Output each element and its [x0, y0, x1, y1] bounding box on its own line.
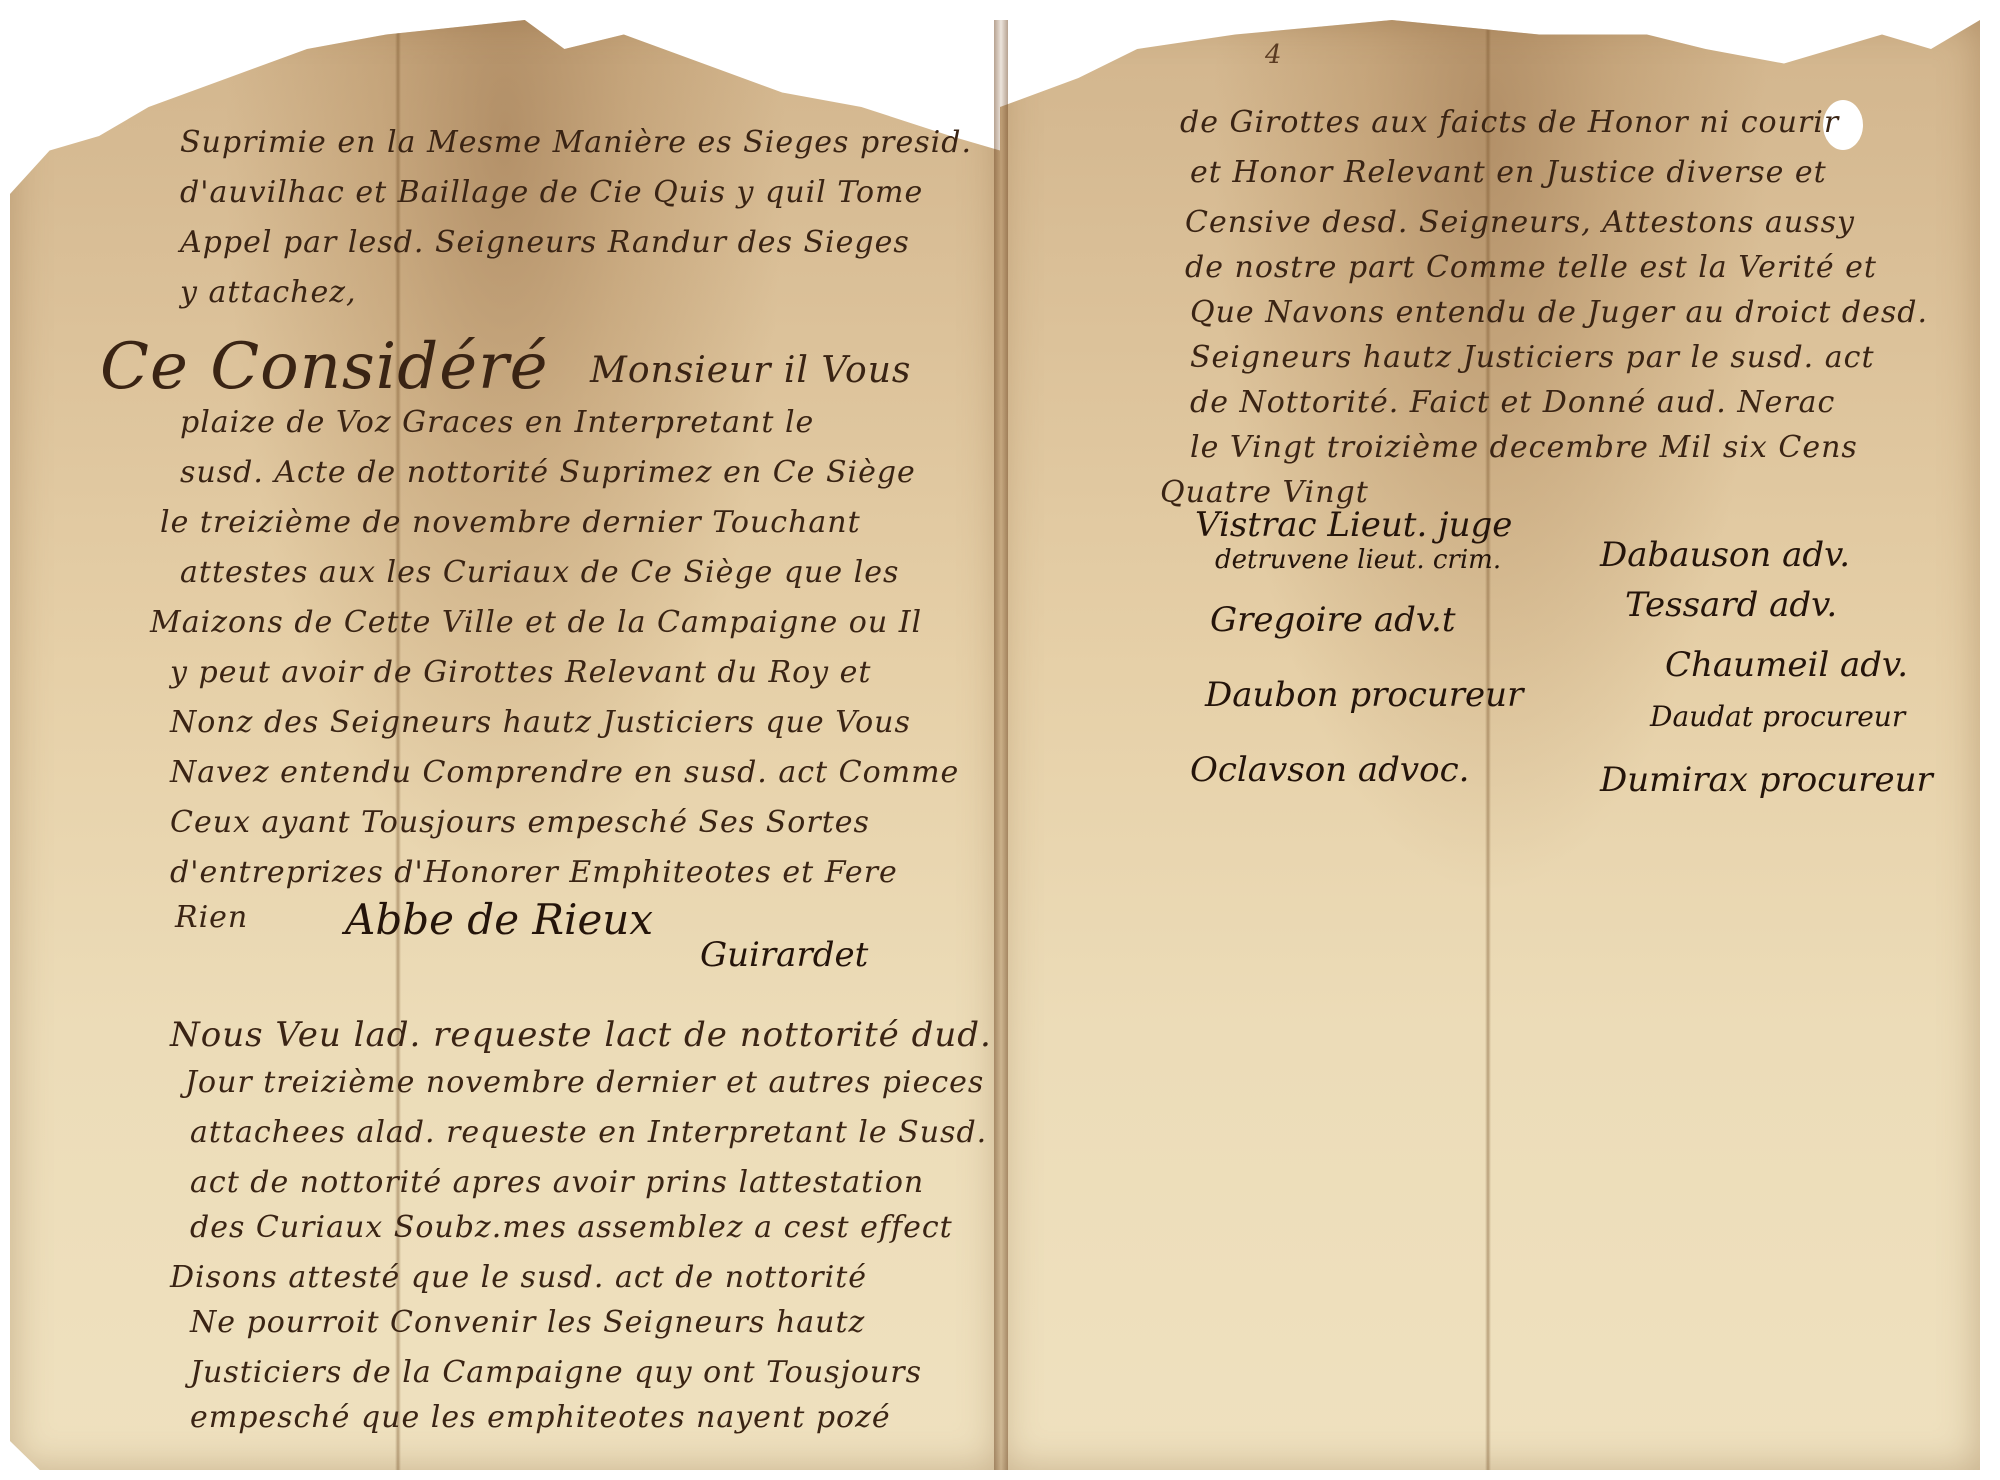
signature: Dumirax procureur	[1600, 760, 1933, 800]
text-line: Monsieur il Vous	[590, 350, 911, 391]
center-gutter	[994, 20, 1008, 1470]
signature: Oclavson advoc.	[1190, 750, 1469, 790]
text-line: Que Navons entendu de Juger au droict de…	[1190, 295, 1928, 330]
text-line: de Girottes aux faicts de Honor ni couri…	[1180, 105, 1839, 140]
signature: Vistrac Lieut. juge	[1195, 505, 1512, 545]
text-line: plaize de Voz Graces en Interpretant le	[180, 405, 814, 440]
text-line: empesché que les emphiteotes nayent pozé	[190, 1400, 891, 1435]
text-line: Nous Veu lad. requeste lact de nottorité…	[170, 1015, 992, 1055]
signature: Dabauson adv.	[1600, 535, 1850, 575]
text-line: y peut avoir de Girottes Relevant du Roy…	[170, 655, 871, 690]
signature: Chaumeil adv.	[1665, 645, 1908, 685]
text-line: Rien	[175, 900, 248, 935]
text-line: Maizons de Cette Ville et de la Campaign…	[150, 605, 922, 640]
text-line: Appel par lesd. Seigneurs Randur des Sie…	[180, 225, 910, 260]
text-line: d'entreprizes d'Honorer Emphiteotes et F…	[170, 855, 898, 890]
signature: Daudat procureur	[1650, 700, 1905, 733]
text-line: d'auvilhac et Baillage de Cie Quis y qui…	[180, 175, 923, 210]
signature: Abbe de Rieux	[345, 895, 653, 944]
text-line: act de nottorité apres avoir prins latte…	[190, 1165, 924, 1200]
text-line: Ceux ayant Tousjours empesché Ses Sortes	[170, 805, 870, 840]
text-line: Seigneurs hautz Justiciers par le susd. …	[1190, 340, 1875, 375]
text-line: de nostre part Comme telle est la Verité…	[1185, 250, 1877, 285]
text-line: Justiciers de la Campaigne quy ont Tousj…	[190, 1355, 922, 1390]
text-line: Ne pourroit Convenir les Seigneurs hautz	[190, 1305, 865, 1340]
signature: Guirardet	[700, 935, 868, 975]
page-number: 4	[1265, 40, 1282, 70]
text-line: Jour treizième novembre dernier et autre…	[185, 1065, 984, 1100]
text-line: Nonz des Seigneurs hautz Justiciers que …	[170, 705, 911, 740]
section-heading: Ce Considéré	[100, 330, 549, 404]
text-line: de Nottorité. Faict et Donné aud. Nerac	[1190, 385, 1835, 420]
text-line: susd. Acte de nottorité Suprimez en Ce S…	[180, 455, 916, 490]
text-line: y attachez,	[180, 275, 357, 310]
text-line: Suprimie en la Mesme Manière es Sieges p…	[180, 125, 972, 160]
text-line: attachees alad. requeste en Interpretant…	[190, 1115, 987, 1150]
text-line: attestes aux les Curiaux de Ce Siège que…	[180, 555, 899, 590]
text-line: le Vingt troizième decembre Mil six Cens	[1190, 430, 1858, 465]
text-line: Navez entendu Comprendre en susd. act Co…	[170, 755, 959, 790]
text-line: Censive desd. Seigneurs, Attestons aussy	[1185, 205, 1855, 240]
signature: Gregoire adv.t	[1210, 600, 1456, 640]
signature: Tessard adv.	[1625, 585, 1837, 625]
text-line: et Honor Relevant en Justice diverse et	[1190, 155, 1827, 190]
text-line: le treizième de novembre dernier Touchan…	[160, 505, 861, 540]
signature: Daubon procureur	[1205, 675, 1523, 715]
text-line: des Curiaux Soubz.mes assemblez a cest e…	[190, 1210, 953, 1245]
signature: detruvene lieut. crim.	[1215, 545, 1501, 575]
text-line: Disons attesté que le susd. act de notto…	[170, 1260, 867, 1295]
